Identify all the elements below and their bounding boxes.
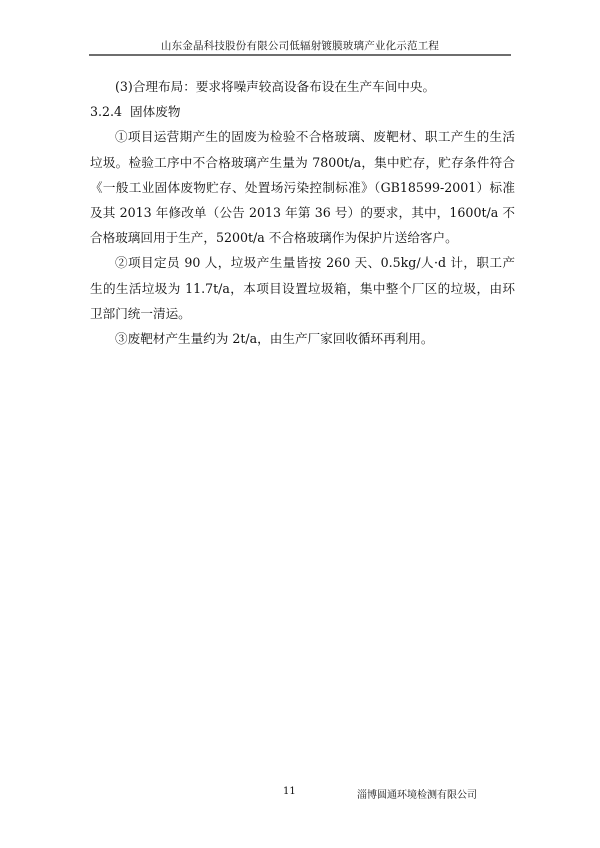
page-content: (3)合理布局：要求将噪声较高设备布设在生产车间中央。 3.2.4 固体废物 ①… — [90, 74, 515, 351]
section-heading: 3.2.4 固体废物 — [90, 99, 515, 124]
header-divider — [89, 54, 511, 56]
page-number: 11 — [283, 786, 296, 797]
list-item-solid-waste-3: ③废靶材产生量约为 2t/a，由生产厂家回收循环再利用。 — [90, 326, 515, 351]
paragraph-layout: (3)合理布局：要求将噪声较高设备布设在生产车间中央。 — [90, 74, 515, 99]
footer-organization: 淄博圆通环境检测有限公司 — [357, 786, 477, 801]
list-item-solid-waste-2: ②项目定员 90 人，垃圾产生量皆按 260 天、0.5kg/人·d 计，职工产… — [90, 250, 515, 326]
list-item-solid-waste-1: ①项目运营期产生的固废为检验不合格玻璃、废靶材、职工产生的生活垃圾。检验工序中不… — [90, 124, 515, 250]
header-title: 山东金晶科技股份有限公司低辐射镀膜玻璃产业化示范工程 — [89, 38, 511, 53]
